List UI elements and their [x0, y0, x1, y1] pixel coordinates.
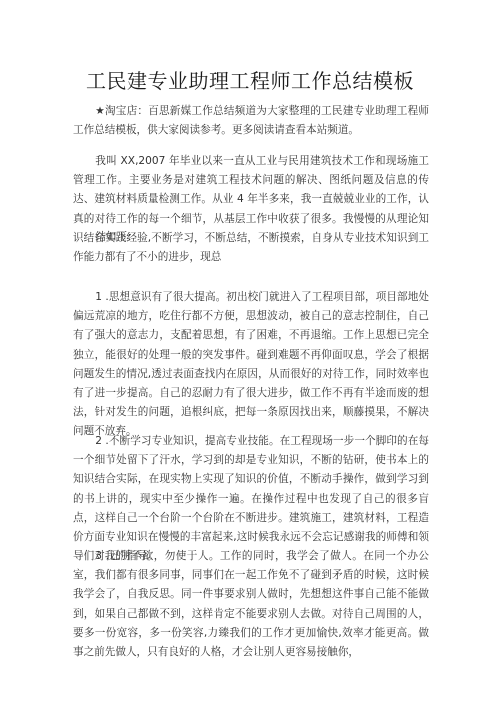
- self-intro-paragraph: 我叫 XX,2007 年毕业以来一直从工业与民用建筑技术工作和现场施工管理工作。…: [73, 152, 429, 267]
- document-title: 工民建专业助理工程师工作总结模板: [0, 68, 500, 94]
- intro-paragraph: ★淘宝店：百思新媒工作总结频道为大家整理的工民建专业助理工程师工作总结模板，供大…: [73, 102, 429, 140]
- document-page: 工民建专业助理工程师工作总结模板 ★淘宝店：百思新媒工作总结频道为大家整理的工民…: [0, 0, 500, 707]
- item-3-paragraph: 3 .己所不欲，勿使于人。工作的同时，我学会了做人。在同一个办公室，我们都有很多…: [73, 547, 429, 662]
- summary-lead-paragraph: 结如下：: [73, 228, 429, 247]
- item-1-paragraph: 1 .思想意识有了很大提高。初出校门就进入了工程项目部，项目部地处偏远荒凉的地方…: [73, 288, 429, 442]
